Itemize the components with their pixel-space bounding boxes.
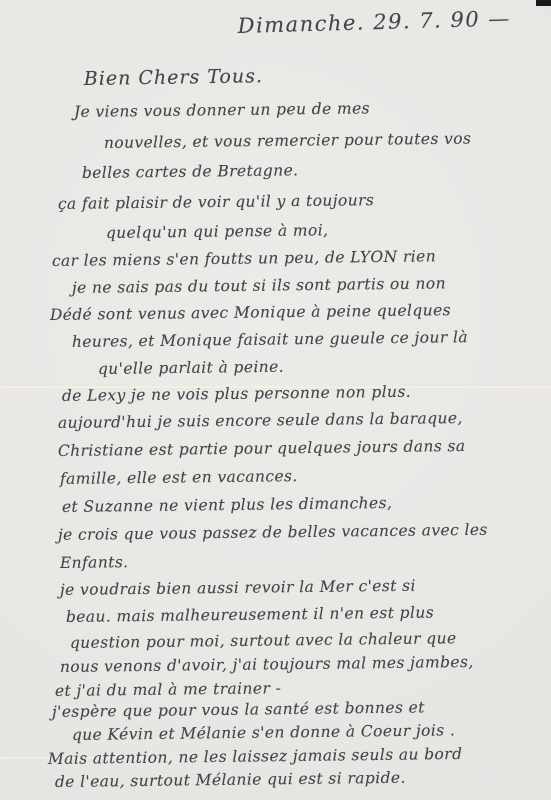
letter-line: question pour moi, surtout avec la chale… <box>70 629 457 652</box>
letter-line: je crois que vous passez de belles vacan… <box>58 521 488 544</box>
letter-line: Christiane est partie pour quelques jour… <box>58 437 466 460</box>
letter-line: Mais attention, ne les laissez jamais se… <box>48 745 463 768</box>
letter-line: belles cartes de Bretagne. <box>82 161 299 182</box>
letter-line: famille, elle est en vacances. <box>60 467 298 488</box>
letter-line: Enfants. <box>60 553 129 572</box>
letter-line: nous venons d'avoir, j'ai toujours mal m… <box>60 653 474 676</box>
letter-line: je voudrais bien aussi revoir la Mer c'e… <box>60 577 416 599</box>
letter-line: de l'eau, surtout Mélanie qui est si rap… <box>55 769 406 791</box>
letter-line: Je viens vous donner un peu de mes <box>74 99 370 121</box>
letter-line: je ne sais pas du tout si ils sont parti… <box>72 274 446 297</box>
letter-line: Dédé sont venus avec Monique à peine que… <box>50 301 451 324</box>
letter-line: aujourd'hui je suis encore seule dans la… <box>58 409 463 432</box>
letter-line: heures, et Monique faisait une gueule ce… <box>72 328 468 351</box>
letter-line: de Lexy je ne vois plus personne non plu… <box>62 383 411 405</box>
letter-line: nouvelles, et vous remercier pour toutes… <box>104 130 472 152</box>
letter-line: j'espère que pour vous la santé est bonn… <box>52 698 425 721</box>
letter-line: car les miens s'en foutts un peu, de LYO… <box>52 247 436 270</box>
letter-line: et j'ai du mal à me trainer - <box>55 679 282 700</box>
letter-line: que Kévin et Mélanie s'en donne à Coeur … <box>72 721 456 744</box>
salutation: Bien Chers Tous. <box>84 65 263 90</box>
scan-artifact-mark <box>536 0 551 6</box>
letter-line: quelqu'un qui pense à moi, <box>106 221 329 242</box>
letter-line: ça fait plaisir de voir qu'il y a toujou… <box>58 191 375 213</box>
letter-line: beau. mais malheureusement il n'en est p… <box>66 604 434 626</box>
letter-page: Dimanche. 29. 7. 90 — Bien Chers Tous. J… <box>0 0 551 800</box>
letter-line: qu'elle parlait à peine. <box>98 358 284 378</box>
letter-line: et Suzanne ne vient plus les dimanches, <box>62 494 393 516</box>
date-line: Dimanche. 29. 7. 90 — <box>237 6 511 38</box>
